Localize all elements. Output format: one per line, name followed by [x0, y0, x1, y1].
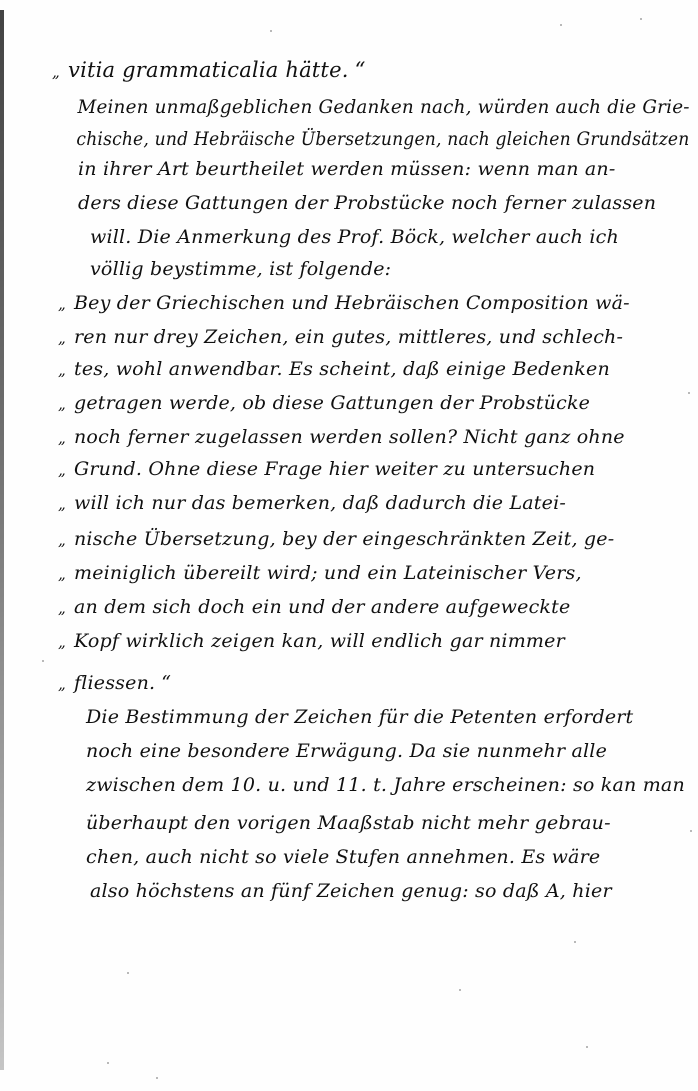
manuscript-line: ders diese Gattungen der Probstücke noch… — [62, 192, 656, 214]
manuscript-line: „Kopf wirklich zeigen kan, will endlich … — [58, 630, 565, 652]
paper-speck — [459, 989, 461, 991]
paper-speck — [42, 660, 44, 662]
line-text: will. Die Anmerkung des Prof. Böck, welc… — [90, 226, 619, 248]
quotation-mark: „ — [58, 495, 74, 513]
page-binding-edge — [0, 10, 4, 1070]
manuscript-line: „fliessen.“ — [58, 672, 171, 694]
line-text: tes, wohl anwendbar. Es scheint, daß ein… — [74, 358, 610, 380]
manuscript-line: „Bey der Griechischen und Hebräischen Co… — [58, 292, 630, 314]
quotation-mark: „ — [58, 295, 74, 313]
paper-speck — [560, 24, 562, 26]
line-text: ders diese Gattungen der Probstücke noch… — [78, 192, 656, 214]
closing-quotation-mark: “ — [355, 58, 366, 82]
manuscript-line: „ren nur drey Zeichen, ein gutes, mittle… — [58, 326, 623, 348]
line-text: an dem sich doch ein und der andere aufg… — [74, 596, 570, 618]
manuscript-line: chische, und Hebräische Übersetzungen, n… — [62, 128, 689, 150]
line-text: getragen werde, ob diese Gattungen der P… — [74, 392, 590, 414]
manuscript-line: „meiniglich übereilt wird; und ein Latei… — [58, 562, 582, 584]
line-text: meiniglich übereilt wird; und ein Latein… — [74, 562, 582, 584]
quotation-mark: „ — [58, 565, 74, 583]
line-text: Kopf wirklich zeigen kan, will endlich g… — [74, 630, 565, 652]
line-text: Grund. Ohne diese Frage hier weiter zu u… — [74, 458, 595, 480]
line-text: chen, auch nicht so viele Stufen annehme… — [86, 846, 600, 868]
quotation-mark: „ — [52, 63, 68, 81]
manuscript-line: überhaupt den vorigen Maaßstab nicht meh… — [70, 812, 611, 834]
line-text: überhaupt den vorigen Maaßstab nicht meh… — [86, 812, 611, 834]
quotation-mark: „ — [58, 675, 74, 693]
manuscript-line: „an dem sich doch ein und der andere auf… — [58, 596, 570, 618]
manuscript-line: „will ich nur das bemerken, daß dadurch … — [58, 492, 566, 514]
manuscript-line: Meinen unmaßgeblichen Gedanken nach, wür… — [62, 96, 690, 118]
paper-speck — [640, 18, 642, 20]
manuscript-line: Die Bestimmung der Zeichen für die Peten… — [70, 706, 633, 728]
line-text: also höchstens an fünf Zeichen genug: so… — [90, 880, 612, 902]
paper-speck — [127, 972, 129, 974]
manuscript-line: „noch ferner zugelassen werden sollen? N… — [58, 426, 625, 448]
manuscript-page: „vitia grammaticalia hätte.“Meinen unmaß… — [0, 0, 698, 1091]
line-text: vitia grammaticalia hätte. — [68, 58, 349, 82]
line-text: ren nur drey Zeichen, ein gutes, mittler… — [74, 326, 623, 348]
paper-speck — [156, 1077, 158, 1079]
quotation-mark: „ — [58, 633, 74, 651]
manuscript-line: zwischen dem 10. u. und 11. t. Jahre ers… — [70, 774, 685, 796]
paper-speck — [107, 1062, 109, 1064]
manuscript-line: völlig beystimme, ist folgende: — [74, 258, 391, 280]
line-text: Meinen unmaßgeblichen Gedanken nach, wür… — [77, 96, 689, 118]
quotation-mark: „ — [58, 395, 74, 413]
manuscript-line: „tes, wohl anwendbar. Es scheint, daß ei… — [58, 358, 610, 380]
paper-speck — [574, 941, 576, 943]
line-text: will ich nur das bemerken, daß dadurch d… — [74, 492, 566, 514]
manuscript-line: in ihrer Art beurtheilet werden müssen: … — [62, 158, 615, 180]
line-text: zwischen dem 10. u. und 11. t. Jahre ers… — [86, 774, 685, 796]
line-text: noch eine besondere Erwägung. Da sie nun… — [86, 740, 607, 762]
paper-speck — [586, 1046, 588, 1048]
quotation-mark: „ — [58, 531, 74, 549]
paper-speck — [688, 392, 690, 394]
manuscript-line: „nische Übersetzung, bey der eingeschrän… — [58, 528, 614, 550]
line-text: chische, und Hebräische Übersetzungen, n… — [76, 128, 689, 150]
line-text: in ihrer Art beurtheilet werden müssen: … — [78, 158, 615, 180]
quotation-mark: „ — [58, 429, 74, 447]
line-text: nische Übersetzung, bey der eingeschränk… — [74, 528, 614, 550]
closing-quotation-mark: “ — [161, 672, 171, 694]
quotation-mark: „ — [58, 461, 74, 479]
manuscript-line: „vitia grammaticalia hätte.“ — [52, 58, 366, 82]
line-text: Bey der Griechischen und Hebräischen Com… — [74, 292, 630, 314]
quotation-mark: „ — [58, 599, 74, 617]
manuscript-line: also höchstens an fünf Zeichen genug: so… — [74, 880, 612, 902]
line-text: Die Bestimmung der Zeichen für die Peten… — [86, 706, 633, 728]
quotation-mark: „ — [58, 361, 74, 379]
line-text: fliessen. — [74, 672, 155, 694]
paper-speck — [690, 830, 692, 832]
quotation-mark: „ — [58, 329, 74, 347]
line-text: völlig beystimme, ist folgende: — [90, 258, 391, 280]
manuscript-line: chen, auch nicht so viele Stufen annehme… — [70, 846, 600, 868]
line-text: noch ferner zugelassen werden sollen? Ni… — [74, 426, 625, 448]
manuscript-line: noch eine besondere Erwägung. Da sie nun… — [70, 740, 607, 762]
manuscript-line: „Grund. Ohne diese Frage hier weiter zu … — [58, 458, 595, 480]
paper-speck — [270, 30, 272, 32]
manuscript-line: „getragen werde, ob diese Gattungen der … — [58, 392, 590, 414]
manuscript-line: will. Die Anmerkung des Prof. Böck, welc… — [74, 226, 619, 248]
